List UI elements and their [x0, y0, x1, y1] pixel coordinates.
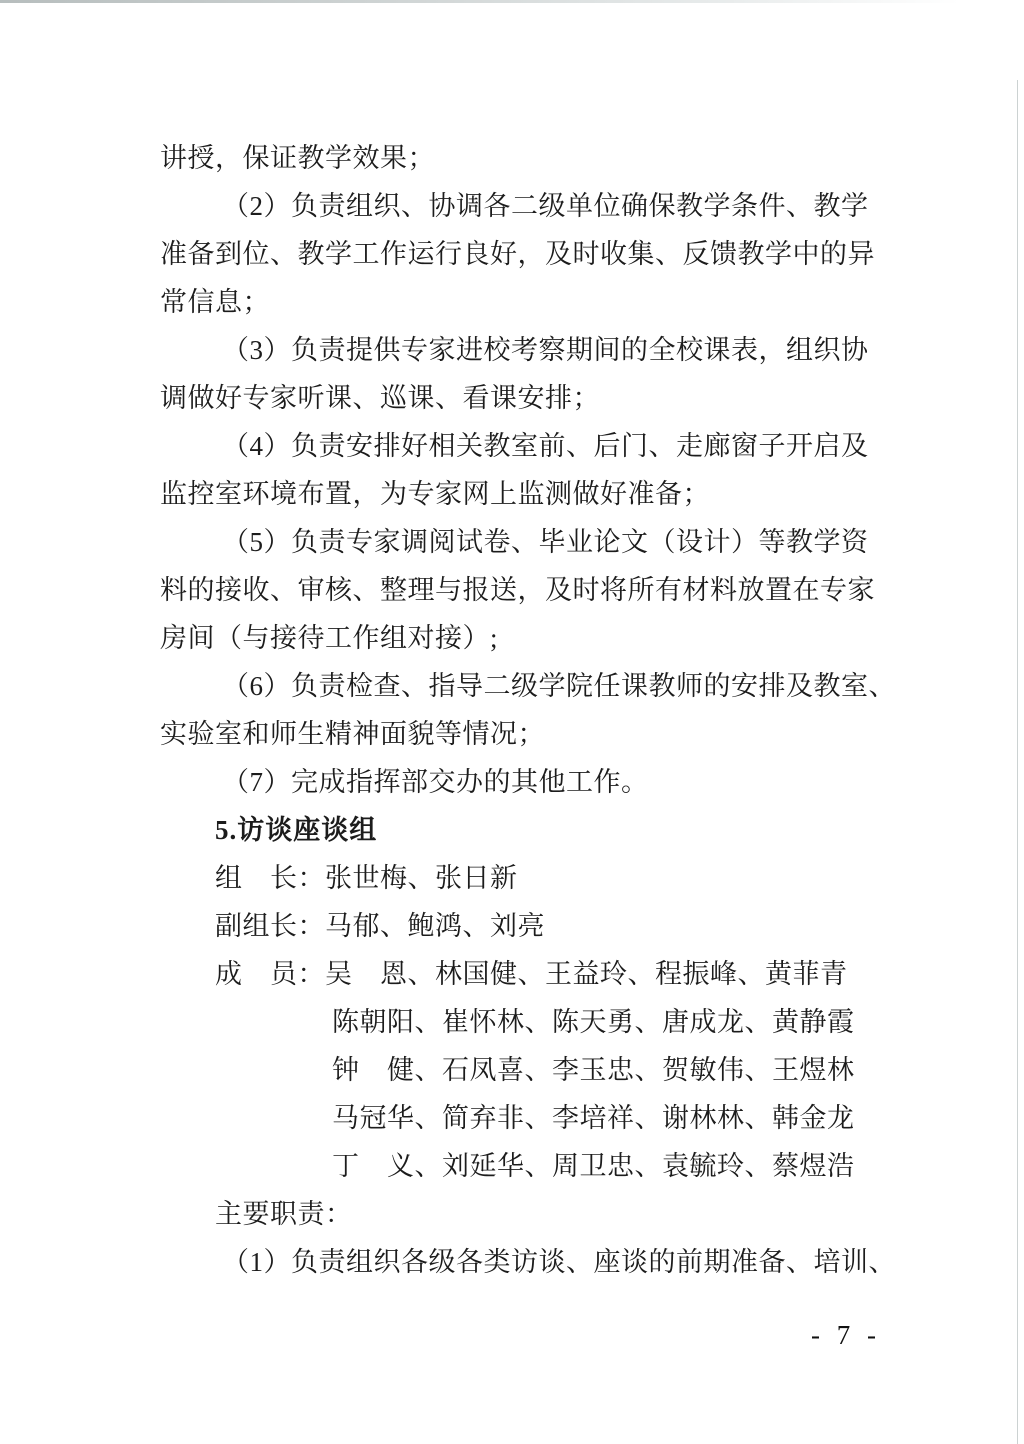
text-line: 料的接收、审核、整理与报送，及时将所有材料放置在专家 [160, 566, 892, 614]
text-line: （3）负责提供专家进校考察期间的全校课表，组织协 [160, 326, 892, 374]
text-line: 房间（与接待工作组对接）; [160, 614, 892, 662]
document-page: 讲授，保证教学效果；（2）负责组织、协调各二级单位确保教学条件、教学准备到位、教… [0, 0, 1024, 1444]
scan-edge-right [1017, 80, 1018, 1444]
text-line: （4）负责安排好相关教室前、后门、走廊窗子开启及 [160, 422, 892, 470]
text-line: 丁 义、刘延华、周卫忠、袁毓玲、蔡煜浩 [160, 1142, 892, 1190]
section-heading: 5.访谈座谈组 [160, 806, 892, 854]
text-line: 马冠华、简弃非、李培祥、谢林林、韩金龙 [160, 1094, 892, 1142]
scan-edge-top [0, 0, 960, 3]
text-line: （2）负责组织、协调各二级单位确保教学条件、教学 [160, 182, 892, 230]
text-line: 监控室环境布置，为专家网上监测做好准备； [160, 470, 892, 518]
text-line: （6）负责检查、指导二级学院任课教师的安排及教室、 [160, 662, 892, 710]
text-line: 副组长：马郁、鲍鸿、刘亮 [160, 902, 892, 950]
text-line: 调做好专家听课、巡课、看课安排； [160, 374, 892, 422]
text-line: 主要职责： [160, 1190, 892, 1238]
text-line: 成 员：吴 恩、林国健、王益玲、程振峰、黄菲青 [160, 950, 892, 998]
text-line: （5）负责专家调阅试卷、毕业论文（设计）等教学资 [160, 518, 892, 566]
text-line: （1）负责组织各级各类访谈、座谈的前期准备、培训、 [160, 1238, 892, 1286]
text-line: 讲授，保证教学效果； [160, 134, 892, 182]
text-line: 陈朝阳、崔怀林、陈天勇、唐成龙、黄静霞 [160, 998, 892, 1046]
text-line: 组 长：张世梅、张日新 [160, 854, 892, 902]
document-body: 讲授，保证教学效果；（2）负责组织、协调各二级单位确保教学条件、教学准备到位、教… [160, 134, 892, 1286]
text-line: 准备到位、教学工作运行良好，及时收集、反馈教学中的异 [160, 230, 892, 278]
text-line: 钟 健、石凤喜、李玉忠、贺敏伟、王煜林 [160, 1046, 892, 1094]
page-number: - 7 - [788, 1320, 904, 1351]
text-line: 常信息； [160, 278, 892, 326]
text-line: 实验室和师生精神面貌等情况； [160, 710, 892, 758]
text-line: （7）完成指挥部交办的其他工作。 [160, 758, 892, 806]
